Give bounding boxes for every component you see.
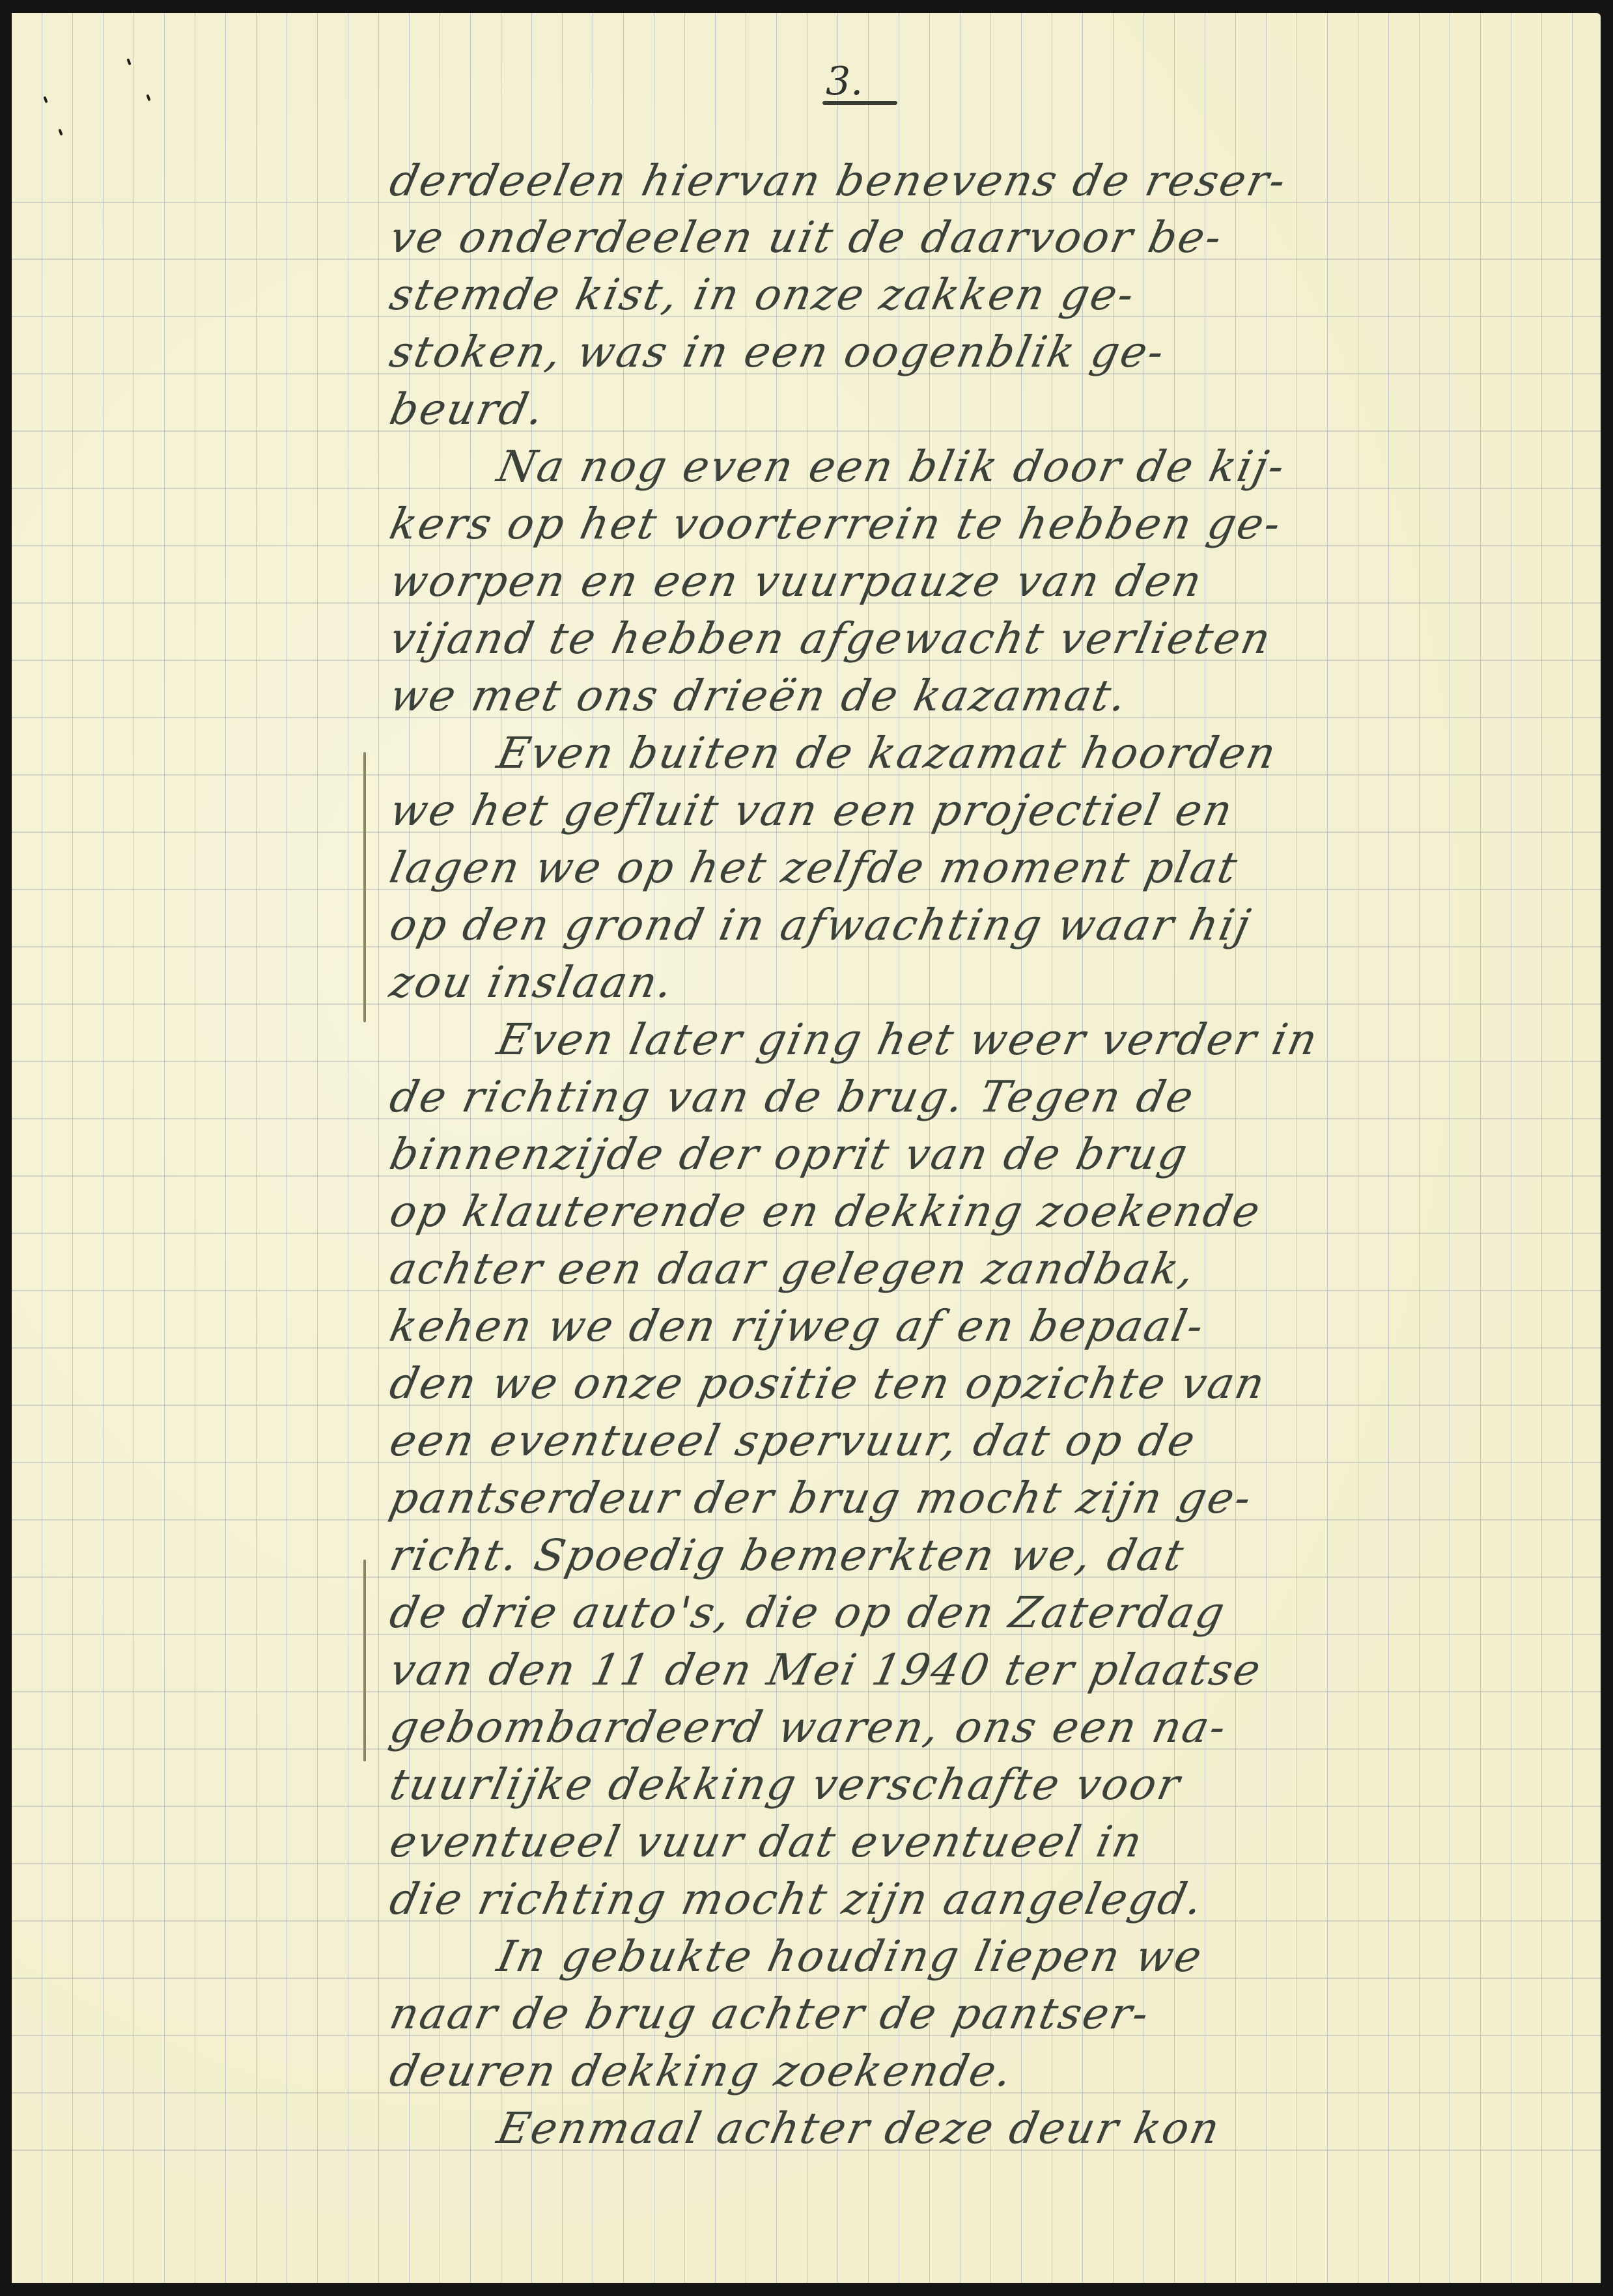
text-line: ve onderdeelen uit de daarvoor be- [386,216,1606,259]
text-line: die richting mocht zijn aangelegd. [386,1878,1606,1921]
text-line: stemde kist, in onze zakken ge- [386,273,1606,316]
text-line: kers op het voorterrein te hebben ge- [386,503,1606,546]
text-line: we het gefluit van een projectiel en [386,789,1606,832]
text-line: de drie auto's, die op den Zaterdag [386,1591,1606,1634]
text-line: derdeelen hiervan benevens de reser- [386,160,1606,203]
text-line: Even later ging het weer verder in [494,1018,1613,1061]
text-line: den we onze positie ten opzichte van [386,1362,1606,1405]
text-line: van den 11 den Mei 1940 ter plaatse [386,1649,1606,1692]
text-line: Even buiten de kazamat hoorden [494,732,1613,775]
text-line: Na nog even een blik door de kij- [494,445,1613,488]
text-line: zou inslaan. [386,961,1606,1004]
document-page: 3. derdeelen hiervan benevens de reser- … [12,13,1601,2283]
text-line: stoken, was in een oogenblik ge- [386,331,1606,374]
text-line: kehen we den rijweg af en bepaal- [386,1305,1606,1348]
text-line: deuren dekking zoekende. [386,2050,1606,2093]
text-line: beurd. [386,388,1606,431]
text-line: pantserdeur der brug mocht zijn ge- [386,1477,1606,1520]
text-line: lagen we op het zelfde moment plat [386,847,1606,889]
text-line: richt. Spoedig bemerkten we, dat [386,1534,1606,1577]
text-line: In gebukte houding liepen we [494,1935,1613,1978]
text-line: binnenzijde der oprit van de brug [386,1133,1606,1176]
text-line: Eenmaal achter deze deur kon [494,2107,1613,2150]
text-line: we met ons drieën de kazamat. [386,675,1606,718]
handwritten-text: derdeelen hiervan benevens de reser- ve … [12,13,1601,2283]
text-line: tuurlijke dekking verschafte voor [386,1763,1606,1806]
text-line: achter een daar gelegen zandbak, [386,1248,1606,1291]
text-line: een eventueel spervuur, dat op de [386,1420,1606,1463]
text-line: de richting van de brug. Tegen de [386,1076,1606,1119]
text-line: op klauterende en dekking zoekende [386,1190,1606,1233]
text-line: eventueel vuur dat eventueel in [386,1821,1606,1864]
text-line: gebombardeerd waren, ons een na- [386,1706,1606,1749]
text-line: worpen en een vuurpauze van den [386,560,1606,603]
text-line: vijand te hebben afgewacht verlieten [386,617,1606,660]
text-line: naar de brug achter de pantser- [386,1993,1606,2036]
text-line: op den grond in afwachting waar hij [386,904,1606,947]
